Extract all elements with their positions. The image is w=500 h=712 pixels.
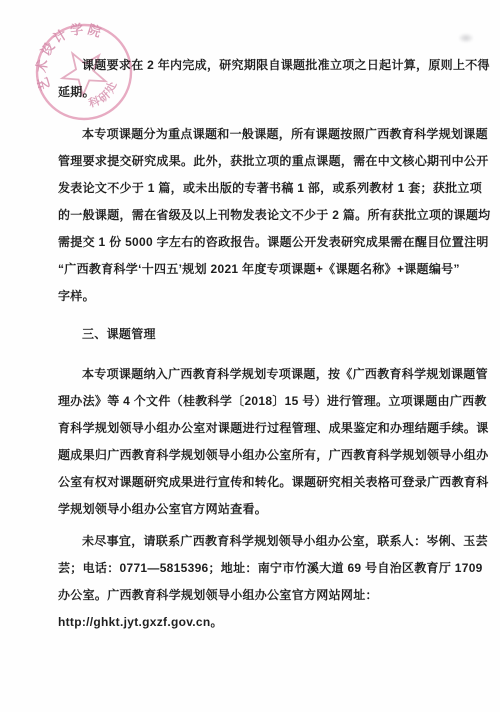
text-line: 的一般课题，需在省级及以上刊物发表论文不少于 2 篇。所有获批立项的课题均 — [58, 202, 454, 229]
section-heading: 三、课题管理 — [58, 321, 454, 348]
text-line: 本专项课题纳入广西教育科学规划专项课题，按《广西教育科学规划课题管 — [58, 361, 454, 388]
section-heading-block: 三、课题管理 — [58, 321, 454, 348]
text-line: 管理要求提交研究成果。此外，获批立项的重点课题，需在中文核心期刊中公开 — [58, 148, 454, 175]
paragraph-deadline: 课题要求在 2 年内完成，研究期限自课题批准立项之日起计算，原则上不得 延期。 — [58, 52, 454, 106]
text-line: 延期。 — [58, 79, 454, 106]
paragraph-requirements: 本专项课题分为重点课题和一般课题，所有课题按照广西教育科学规划课题 管理要求提交… — [58, 121, 454, 310]
text-line: 课题要求在 2 年内完成，研究期限自课题批准立项之日起计算，原则上不得 — [58, 52, 454, 79]
text-line: 学规划领导小组办公室官方网站查看。 — [58, 496, 454, 523]
text-line: 字样。 — [58, 283, 454, 310]
text-line: 芸；电话：0771—5815396；地址：南宁市竹溪大道 69 号自治区教育厅 … — [58, 555, 454, 582]
document-page: 课题要求在 2 年内完成，研究期限自课题批准立项之日起计算，原则上不得 延期。 … — [0, 0, 500, 712]
text-line: 需提交 1 份 5000 字左右的咨政报告。课题公开发表研究成果需在醒目位置注明 — [58, 229, 454, 256]
paragraph-management: 本专项课题纳入广西教育科学规划专项课题，按《广西教育科学规划课题管 理办法》等 … — [58, 361, 454, 523]
paragraph-contact: 未尽事宜，请联系广西教育科学规划领导小组办公室，联系人：岑俐、玉芸 芸；电话：0… — [58, 528, 454, 636]
text-line: 办公室。广西教育科学规划领导小组办公室官方网站网址： — [58, 582, 454, 609]
text-line: 本专项课题分为重点课题和一般课题，所有课题按照广西教育科学规划课题 — [58, 121, 454, 148]
text-line: 未尽事宜，请联系广西教育科学规划领导小组办公室，联系人：岑俐、玉芸 — [58, 528, 454, 555]
text-line: 公室有权对课题研究成果进行宣传和转化。课题研究相关表格可登录广西教育科 — [58, 469, 454, 496]
url-text: http://ghkt.jyt.gxzf.gov.cn。 — [58, 609, 454, 636]
text-line: 理办法》等 4 个文件（桂教科学〔2018〕15 号）进行管理。立项课题由广西教 — [58, 388, 454, 415]
text-line: 题成果归广西教育科学规划领导小组办公室所有，广西教育科学规划领导小组办 — [58, 442, 454, 469]
text-line: “广西教育科学‘十四五’规划 2021 年度专项课题+《课题名称》+课题编号” — [58, 256, 454, 283]
text-line: 育科学规划领导小组办公室对课题进行过程管理、成果鉴定和办理结题手续。课 — [58, 415, 454, 442]
ink-smudge — [458, 33, 474, 43]
document-body: 课题要求在 2 年内完成，研究期限自课题批准立项之日起计算，原则上不得 延期。 … — [58, 52, 454, 636]
text-line: 发表论文不少于 1 篇，或未出版的专著书稿 1 部，或系列教材 1 套；获批立项 — [58, 175, 454, 202]
